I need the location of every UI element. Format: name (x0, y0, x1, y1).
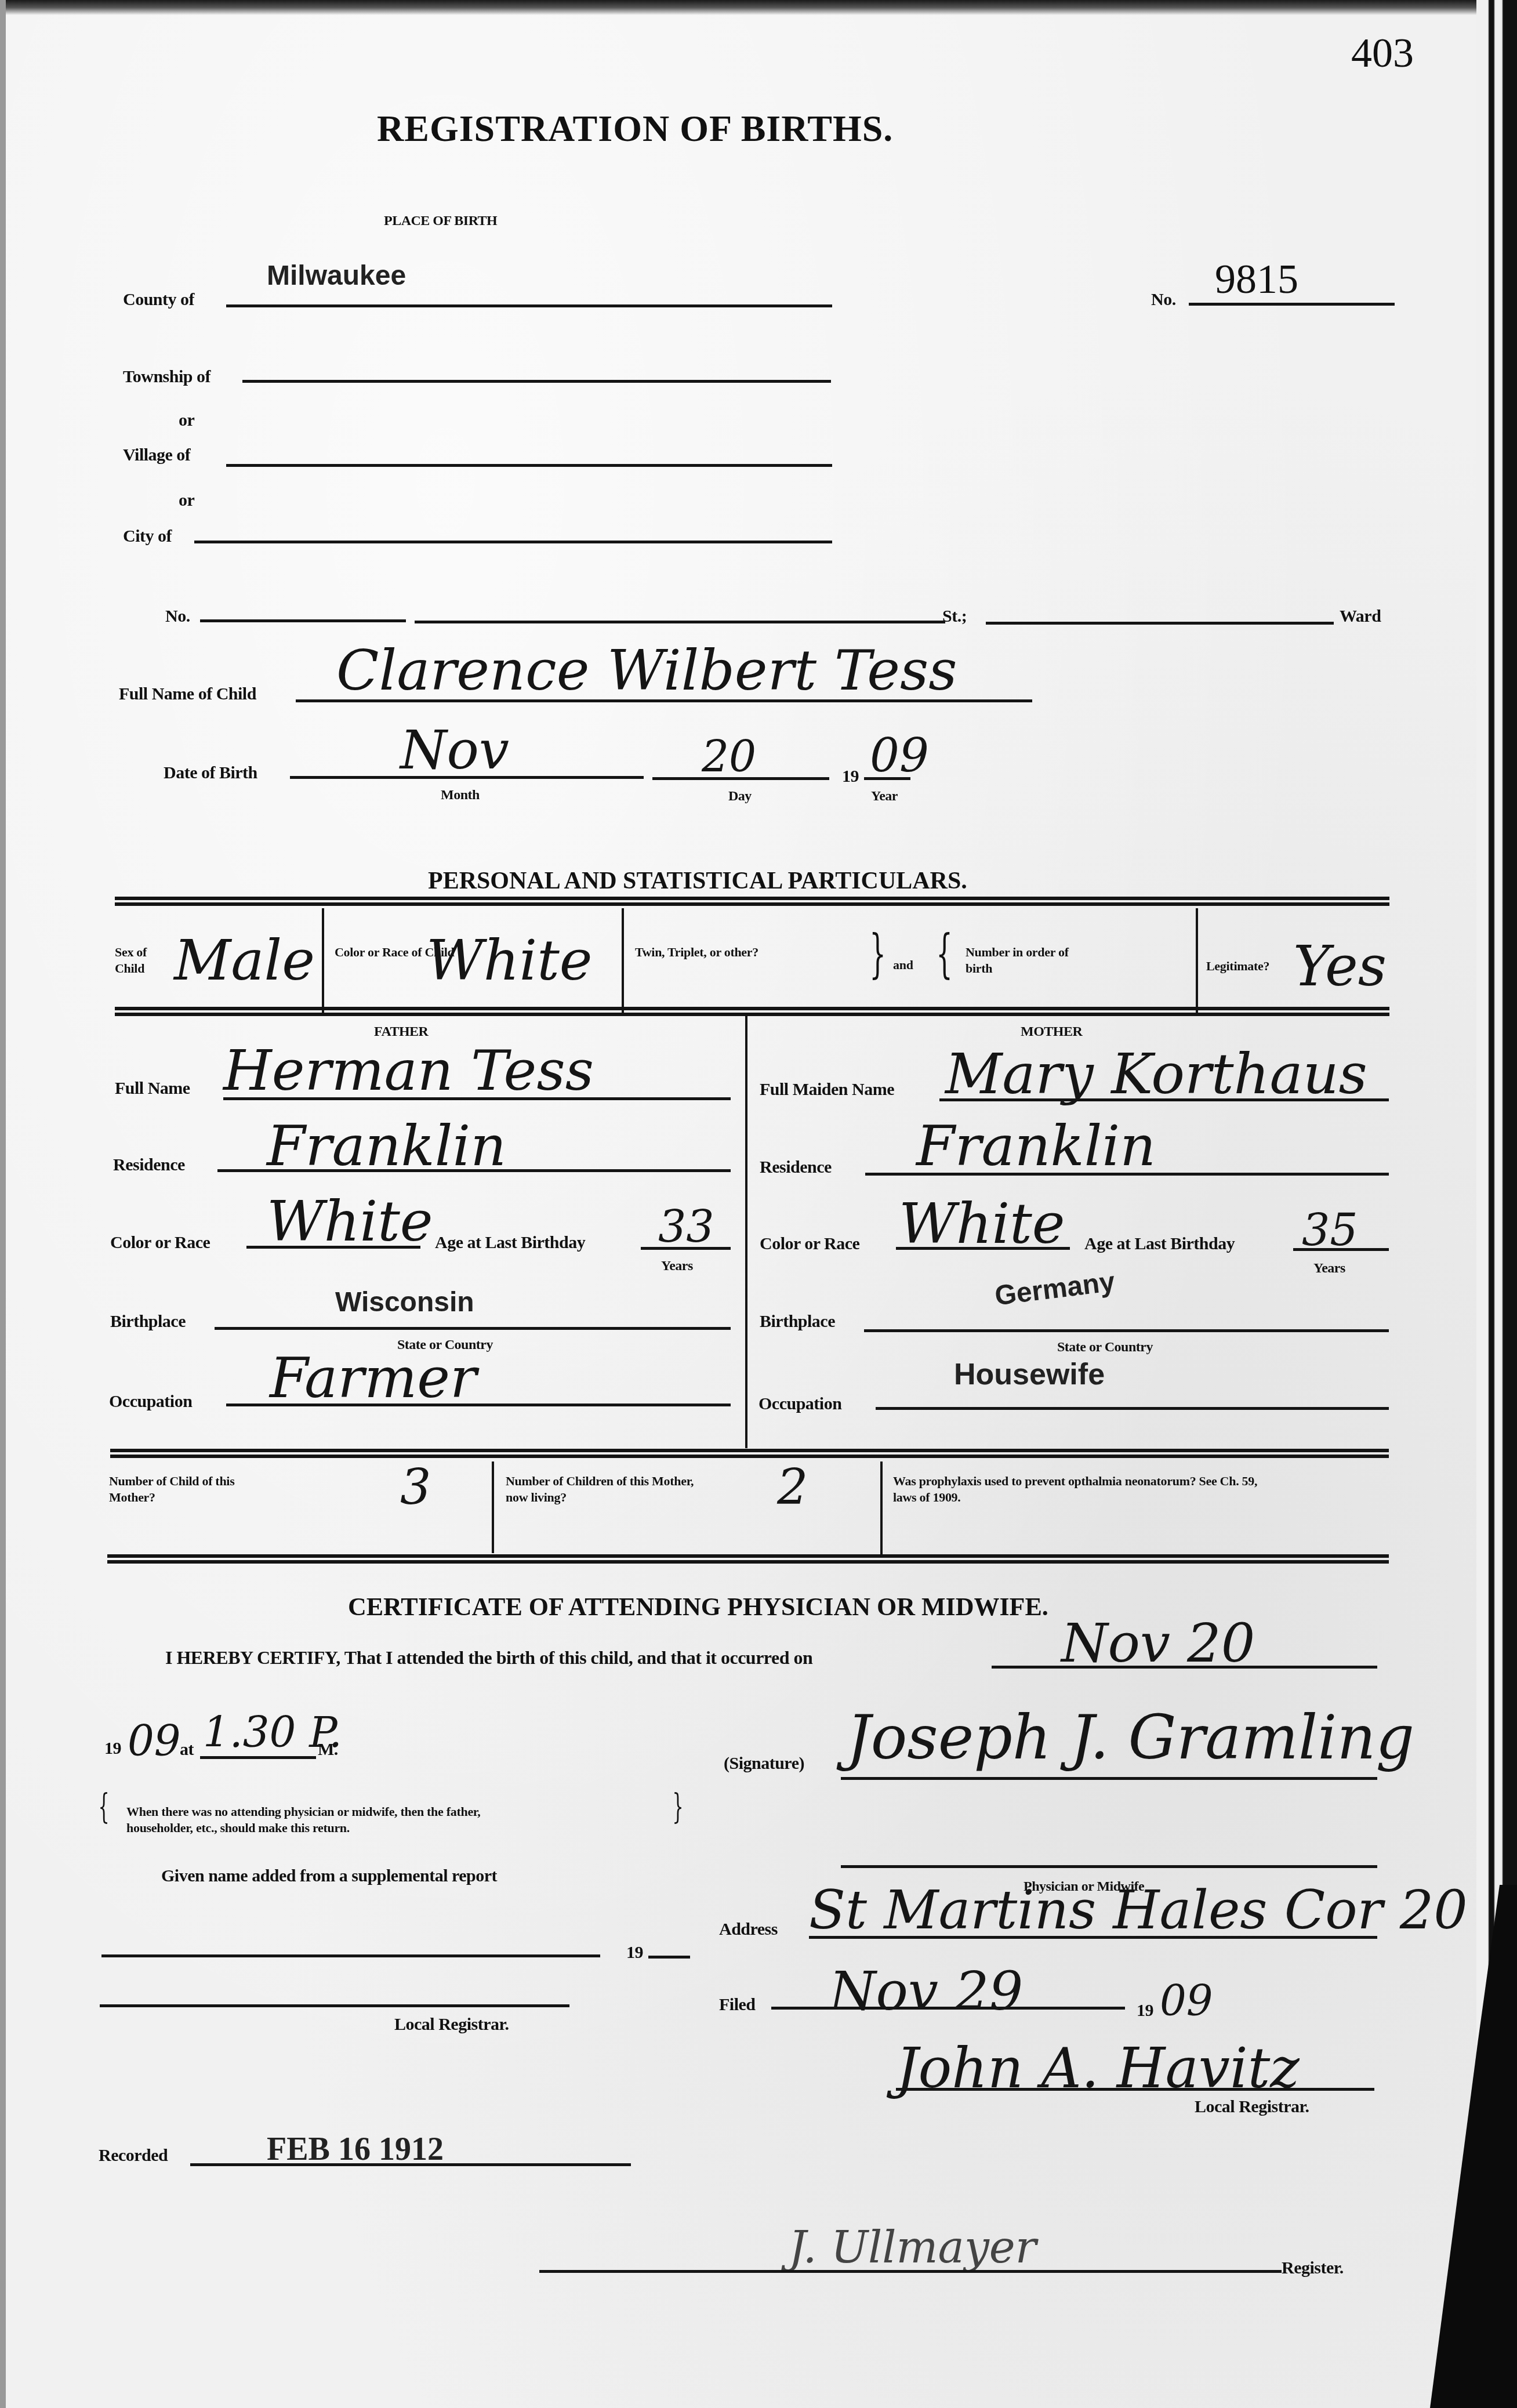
father-occupation-value[interactable]: Farmer (270, 1346, 477, 1410)
color-divider (622, 908, 624, 1013)
dob-day-value[interactable]: 20 (702, 732, 756, 782)
father-age-value[interactable]: 33 (658, 1201, 714, 1252)
sex-value[interactable]: Male (174, 928, 315, 993)
child-color-value[interactable]: White (426, 928, 593, 993)
mother-birthplace-value[interactable]: Germany (993, 1266, 1116, 1312)
particulars-heading: PERSONAL AND STATISTICAL PARTICULARS. (428, 867, 967, 895)
certify-text: I HEREBY CERTIFY, That I attended the bi… (165, 1647, 812, 1669)
register-caption: Register. (1282, 2258, 1344, 2278)
mother-birthplace-field-line (864, 1329, 1389, 1332)
mother-name-label: Full Maiden Name (760, 1080, 894, 1100)
mother-birthplace-label: Birthplace (760, 1312, 835, 1332)
mother-age-value[interactable]: 35 (1302, 1204, 1358, 1256)
number-order-label: Number in order of birth (966, 944, 1087, 977)
parents-divider (745, 1016, 747, 1448)
physician-second-line (841, 1865, 1377, 1868)
children-divider-1 (492, 1462, 494, 1553)
filed-value[interactable]: Nov 29 (829, 1960, 1023, 2022)
dob-month-value[interactable]: Nov (400, 719, 509, 781)
filed-label: Filed (719, 1995, 756, 2015)
dob-year-prefix: 19 (842, 767, 859, 786)
mother-color-label: Color or Race (760, 1234, 859, 1254)
father-age-label: Age at Last Birthday (435, 1233, 585, 1253)
recorded-stamp[interactable]: FEB 16 1912 (267, 2131, 444, 2168)
father-color-value[interactable]: White (267, 1189, 433, 1254)
children-bottom-rule (107, 1554, 1389, 1564)
father-name-value[interactable]: Herman Tess (223, 1038, 594, 1103)
signature-field-line (841, 1777, 1377, 1780)
address-value[interactable]: St Martins Hales Cor 20 (809, 1879, 1468, 1941)
page-left-edge (0, 0, 6, 2408)
children-top-rule (110, 1449, 1389, 1458)
page-number: 403 (1351, 29, 1414, 77)
note-text-line-1: When there was no attending physician or… (126, 1804, 481, 1820)
county-field-line (226, 304, 832, 307)
certificate-heading: CERTIFICATE OF ATTENDING PHYSICIAN OR MI… (348, 1592, 1048, 1622)
day-caption: Day (728, 789, 752, 804)
township-field-line (242, 380, 831, 383)
mother-occupation-value[interactable]: Housewife (954, 1357, 1105, 1392)
county-value[interactable]: Milwaukee (267, 260, 406, 292)
father-birthplace-value[interactable]: Wisconsin (335, 1286, 474, 1318)
father-heading: FATHER (374, 1024, 428, 1040)
ward-label: Ward (1340, 607, 1381, 626)
address-label: Address (719, 1920, 778, 1939)
supplemental-field-line (101, 1954, 600, 1957)
cert-year-prefix: 19 (104, 1739, 121, 1758)
street-label: St.; (942, 607, 967, 626)
father-name-label: Full Name (115, 1079, 190, 1098)
mother-years-caption: Years (1313, 1261, 1345, 1276)
local-registrar-caption-left: Local Registrar. (394, 2015, 509, 2035)
street-field-line (415, 621, 945, 623)
mother-heading: MOTHER (1021, 1024, 1082, 1040)
or-text-2: or (179, 491, 194, 510)
local-registrar-signature[interactable]: John A. Havitz (896, 2036, 1300, 2101)
register-signature[interactable]: J. Ullmayer (789, 2221, 1036, 2273)
twin-label: Twin, Triplet, or other? (635, 944, 763, 960)
mother-name-value[interactable]: Mary Korthaus (945, 1042, 1367, 1107)
county-label: County of (123, 290, 194, 310)
local-registrar-caption-right: Local Registrar. (1195, 2097, 1309, 2117)
local-registrar-right-line (896, 2088, 1374, 2091)
particulars-mid-rule (115, 1007, 1389, 1016)
and-label: and (893, 957, 913, 973)
dob-year-value[interactable]: 09 (870, 728, 929, 782)
father-birthplace-label: Birthplace (110, 1312, 186, 1332)
mother-color-value[interactable]: White (899, 1191, 1065, 1256)
ward-field-line (986, 622, 1334, 625)
city-field-line (194, 541, 832, 543)
physician-signature[interactable]: Joseph J. Gramling (847, 1702, 1414, 1773)
father-occupation-label: Occupation (109, 1392, 192, 1412)
register-field-line (539, 2270, 1282, 2273)
note-brace-left: { (99, 1786, 110, 1827)
father-residence-label: Residence (113, 1155, 185, 1175)
occurred-value[interactable]: Nov 20 (1061, 1612, 1255, 1674)
record-no-label: No. (1151, 290, 1176, 310)
street-no-label: No. (165, 607, 190, 626)
note-brace-right: } (673, 1786, 684, 1827)
supp-year-label: 19 (626, 1943, 643, 1963)
order-divider (1196, 908, 1198, 1013)
legitimate-value[interactable]: Yes (1293, 934, 1387, 999)
particulars-top-rule (115, 897, 1389, 906)
m-label: M. (318, 1740, 338, 1760)
mother-residence-value[interactable]: Franklin (916, 1114, 1156, 1178)
brace-right: { (936, 923, 953, 984)
brace-left: } (869, 923, 886, 984)
father-residence-value[interactable]: Franklin (267, 1114, 506, 1178)
living-value[interactable]: 2 (777, 1459, 808, 1515)
recorded-label: Recorded (99, 2146, 168, 2166)
village-field-line (226, 464, 832, 467)
township-label: Township of (123, 367, 211, 387)
birth-record-page: 403 REGISTRATION OF BIRTHS. PLACE OF BIR… (0, 0, 1485, 2408)
given-name-text: Given name added from a supplemental rep… (161, 1866, 497, 1886)
filed-year-prefix: 19 (1137, 2001, 1153, 2021)
father-years-caption: Years (661, 1259, 693, 1274)
place-of-birth-heading: PLACE OF BIRTH (384, 213, 497, 229)
number-child-label: Number of Child of this Mother? (109, 1473, 248, 1506)
mother-age-label: Age at Last Birthday (1084, 1234, 1235, 1254)
father-color-label: Color or Race (110, 1233, 210, 1253)
mother-occupation-label: Occupation (758, 1394, 841, 1414)
signature-label: (Signature) (724, 1754, 804, 1774)
mother-occupation-field-line (876, 1407, 1389, 1410)
sex-label: Sex of Child (115, 944, 167, 977)
village-label: Village of (123, 445, 190, 465)
divider (322, 908, 324, 1013)
cert-year-value[interactable]: 09 (128, 1717, 181, 1765)
mother-state-caption: State or Country (1057, 1340, 1153, 1355)
child-name-label: Full Name of Child (119, 684, 256, 704)
supp-year-field-line (648, 1956, 690, 1959)
child-name-value[interactable]: Clarence Wilbert Tess (336, 638, 957, 703)
document-title: REGISTRATION OF BIRTHS. (377, 107, 893, 150)
year-caption: Year (871, 789, 898, 804)
filed-year-value[interactable]: 09 (1160, 1977, 1213, 2025)
or-text-1: or (179, 411, 194, 430)
street-no-field-line (200, 619, 406, 622)
prophylaxis-label: Was prophylaxis used to prevent opthalmi… (893, 1473, 1264, 1506)
month-caption: Month (441, 788, 480, 803)
father-birthplace-field-line (215, 1327, 731, 1330)
children-divider-2 (880, 1462, 883, 1555)
number-child-value[interactable]: 3 (400, 1459, 431, 1515)
local-registrar-left-line (100, 2004, 569, 2007)
dob-label: Date of Birth (164, 763, 257, 783)
note-text-line-2: householder, etc., should make this retu… (126, 1820, 350, 1836)
legitimate-label: Legitimate? (1206, 958, 1269, 974)
living-label: Number of Children of this Mother, now l… (506, 1473, 703, 1506)
page-top-shadow (0, 0, 1485, 15)
at-label: at (180, 1740, 194, 1760)
record-no-value[interactable]: 9815 (1215, 255, 1298, 303)
city-label: City of (123, 527, 172, 546)
mother-residence-label: Residence (760, 1158, 832, 1177)
